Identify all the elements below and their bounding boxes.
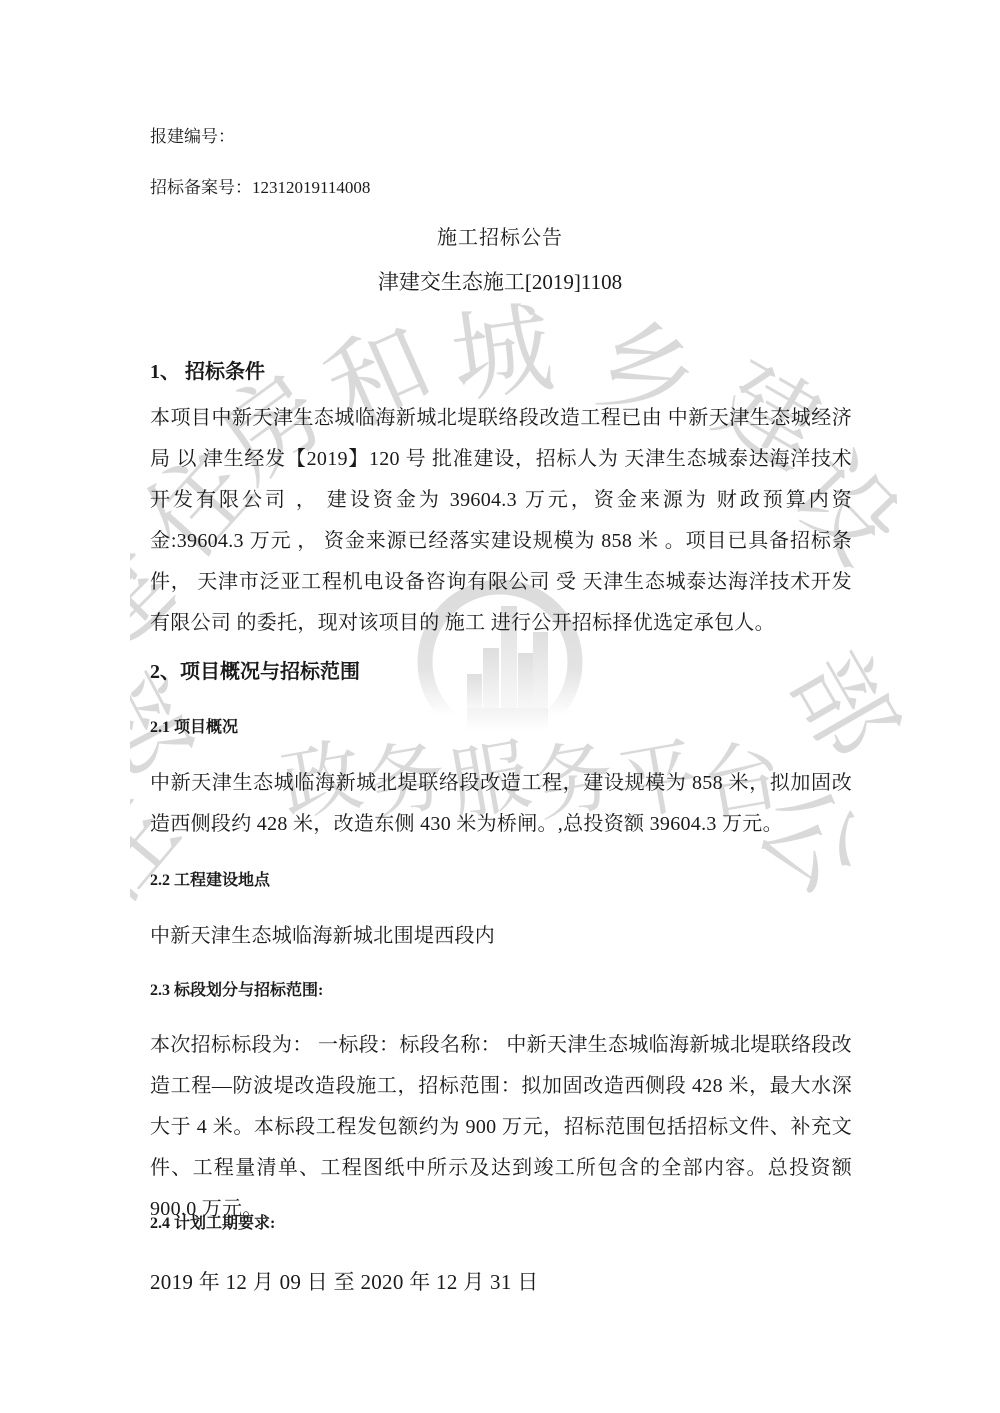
report-no-label: 报建编号： [150,127,235,146]
report-no-line: 报建编号： [150,126,852,148]
section-1-body: 本项目中新天津生态城临海新城北堤联络段改造工程已由 中新天津生态城经济局 以 津… [150,398,852,644]
document-page: 住 房 和 城 乡 建 设 部 公 建 部 住 政 务 服 务 平 台 [0,0,1000,1413]
doc-title: 施工招标公告 [0,221,1000,250]
watermark-arc-char: 部 [774,637,902,774]
record-no-line: 招标备案号：12312019114008 [150,177,852,199]
record-no-value: 12312019114008 [252,178,370,197]
section-2-4-body: 2019 年 12 月 09 日 至 2020 年 12 月 31 日 [150,1268,852,1296]
watermark-arc-char: 城 [446,299,559,412]
section-2-4-heading: 2.4 计划工期要求: [150,1214,852,1234]
section-2-2-heading: 2.2 工程建设地点 [150,871,852,891]
section-2-heading: 2、项目概况与招标范围 [150,660,852,684]
section-2-3-heading: 2.3 标段划分与招标范围: [150,981,852,1001]
doc-number: 津建交生态施工[2019]1108 [0,266,1000,296]
section-2-3-body: 本次招标标段为： 一标段：标段名称： 中新天津生态城临海新城北堤联络段改造工程—… [150,1025,852,1230]
section-2-1-heading: 2.1 项目概况 [150,718,852,738]
section-2-2-body: 中新天津生态城临海新城北围堤西段内 [150,916,852,957]
record-no-label: 招标备案号： [150,178,252,197]
section-1-heading: 1、 招标条件 [150,360,852,384]
section-2-1-body: 中新天津生态城临海新城北堤联络段改造工程，建设规模为 858 米，拟加固改造西侧… [150,763,852,845]
